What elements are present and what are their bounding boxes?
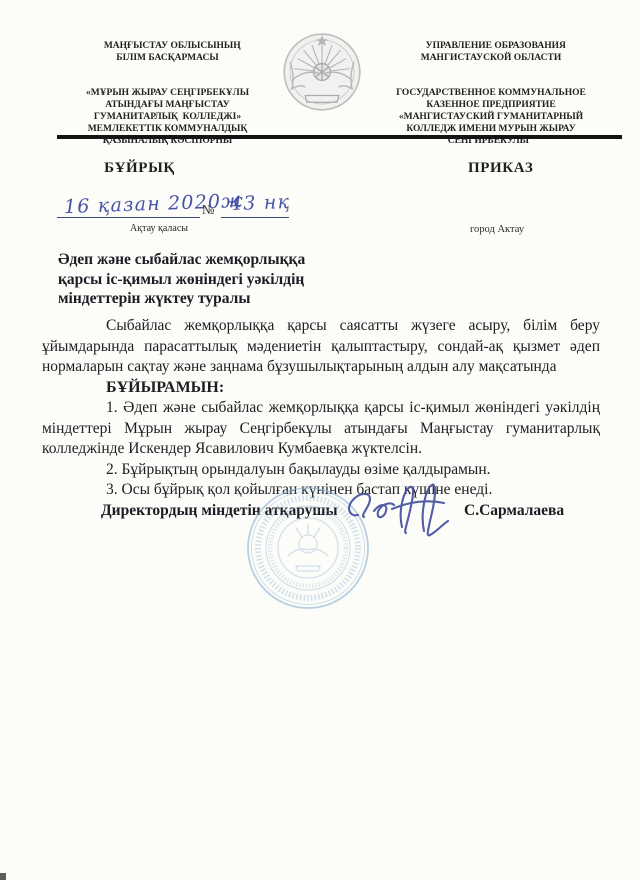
preamble-paragraph: Сыбайлас жемқорлыққа қарсы саясатты жүзе… [42,316,600,378]
order-title-kk: БҰЙРЫҚ [62,160,217,177]
kazakhstan-state-emblem-icon [280,30,364,114]
letterhead-left: МАҢҒЫСТАУ ОБЛЫСЫНЫҢБІЛІМ БАСҚАРМАСЫ «МҰР… [50,28,285,171]
decree-word: БҰЙЫРАМЫН: [42,378,600,399]
letterhead-divider-rule [57,135,622,139]
letterhead-left-authority: МАҢҒЫСТАУ ОБЛЫСЫНЫҢБІЛІМ БАСҚАРМАСЫ [104,41,241,63]
order-item-2: 2. Бұйрықтың орындалуын бақылауды өзіме … [42,460,600,481]
place-name-ru: город Актау [470,224,524,235]
number-underline [221,217,289,218]
place-name-kk: Ақтау қаласы [98,223,220,234]
order-title-ru: ПРИКАЗ [468,160,533,177]
handwritten-order-number: 43 нқ [230,191,291,215]
signer-name: С.Сармалаева [464,502,564,520]
scan-artifact [0,873,6,880]
handwritten-signature-icon [340,481,458,539]
letterhead-right-authority: УПРАВЛЕНИЕ ОБРАЗОВАНИЯМАНГИСТАУСКОЙ ОБЛА… [421,41,566,63]
letterhead-right: УПРАВЛЕНИЕ ОБРАЗОВАНИЯМАНГИСТАУСКОЙ ОБЛА… [362,28,620,171]
order-subject: Әдеп және сыбайлас жемқорлыққақарсы іс-қ… [58,250,398,309]
order-item-1: 1. Әдеп және сыбайлас жемқорлыққа қарсы … [42,398,600,460]
order-body: Сыбайлас жемқорлыққа қарсы саясатты жүзе… [42,316,600,501]
number-sign: № [202,202,214,218]
scanned-order-document: МАҢҒЫСТАУ ОБЛЫСЫНЫҢБІЛІМ БАСҚАРМАСЫ «МҰР… [0,0,640,880]
handwritten-date: 16 қазан 2020ж [64,190,245,218]
